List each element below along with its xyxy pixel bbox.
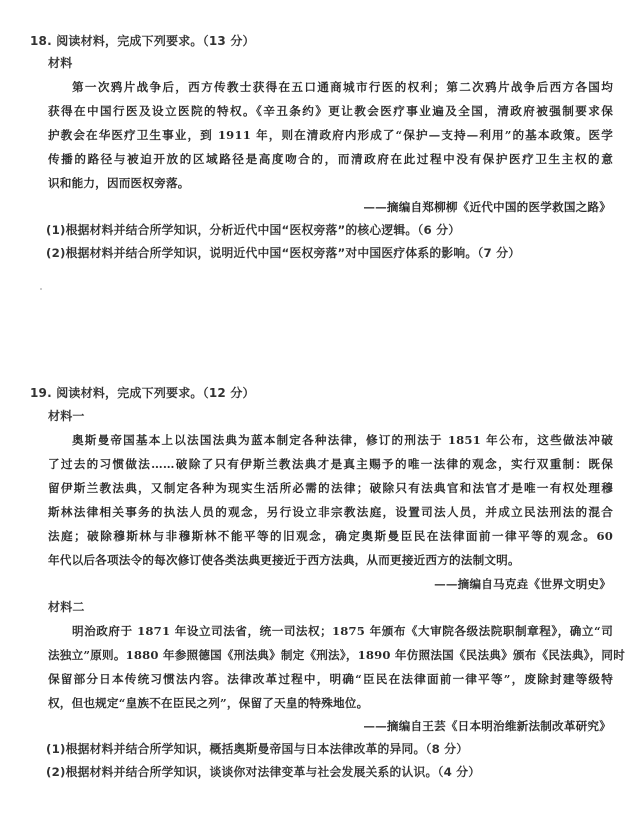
material-text-line: 传播的路径与被迫开放的区域路径是高度吻合的，而清政府在此过程中没有保护医疗卫生主… [48,151,613,167]
material-source: ——摘编自王芸《日本明治维新法制改革研究》 [363,718,611,734]
material-text-line: 识和能力，因而医权旁落。 [48,175,190,191]
material-text-line: 法庭；破除穆斯林与非穆斯林不能平等的旧观念，确定奥斯曼臣民在法律面前一律平等的观… [48,528,613,544]
material-text-line: 明治政府于 1871 年设立司法省，统一司法权；1875 年颁布《大审院各级法院… [72,623,613,639]
material-text-line: 了过去的习惯做法……破除了只有伊斯兰教法典才是真主赐予的唯一法律的观念，实行双重… [48,456,613,472]
question-title: 19. 阅读材料，完成下列要求。（12 分） [30,385,255,401]
material-source: ——摘编自马克垚《世界文明史》 [434,576,611,592]
material-source: ——摘编自郑柳柳《近代中国的医学救国之路》 [363,199,611,215]
material-text-line: 留伊斯兰教法典，又制定各种为现实生活所必需的法律；破除只有法典官和法官才是唯一有… [48,480,613,496]
scan-speck [40,288,42,290]
material-text-line: 权，但也规定“皇族不在臣民之列”，保留了天皇的特殊地位。 [48,695,368,711]
material-text-line: 奥斯曼帝国基本上以法国法典为蓝本制定各种法律，修订的刑法于 1851 年公布，这… [72,432,613,448]
sub-question-2: (2)根据材料并结合所学知识，谈谈你对法律变革与社会发展关系的认识。（4 分） [46,764,480,780]
sub-question-1: (1)根据材料并结合所学知识，分析近代中国“医权旁落”的核心逻辑。（6 分） [46,222,460,238]
material-text-line: 获得在中国行医及设立医院的特权。《辛丑条约》更让教会医疗事业遍及全国，清政府被强… [48,103,613,119]
material-text-line: 法独立”原则。1880 年参照德国《刑法典》制定《刑法》，1890 年仿照法国《… [48,647,613,663]
material-label: 材料二 [48,599,85,615]
sub-question-2: (2)根据材料并结合所学知识，说明近代中国“医权旁落”对中国医疗体系的影响。（7… [46,245,520,261]
material-label: 材料一 [48,408,85,424]
material-text-line: 年代以后各项法令的每次修订使各类法典更接近于西方法典，从而更接近西方的法制文明。 [48,552,520,568]
sub-question-1: (1)根据材料并结合所学知识，概括奥斯曼帝国与日本法律改革的异同。（8 分） [46,741,468,757]
material-label: 材料 [48,55,72,71]
material-text-line: 保留部分日本传统习惯法内容。法律改革过程中，明确“臣民在法律面前一律平等”，废除… [48,671,613,687]
material-text-line: 第一次鸦片战争后，西方传教士获得在五口通商城市行医的权利；第二次鸦片战争后西方各… [72,79,613,95]
material-text-line: 护教会在华医疗卫生事业，到 1911 年，则在清政府内形成了“保护—支持—利用”… [48,127,613,143]
question-title: 18. 阅读材料，完成下列要求。（13 分） [30,33,255,49]
material-text-line: 斯林法律相关事务的执法人员的观念，另行设立非宗教法庭，设置司法人员，并成立民法刑… [48,504,613,520]
